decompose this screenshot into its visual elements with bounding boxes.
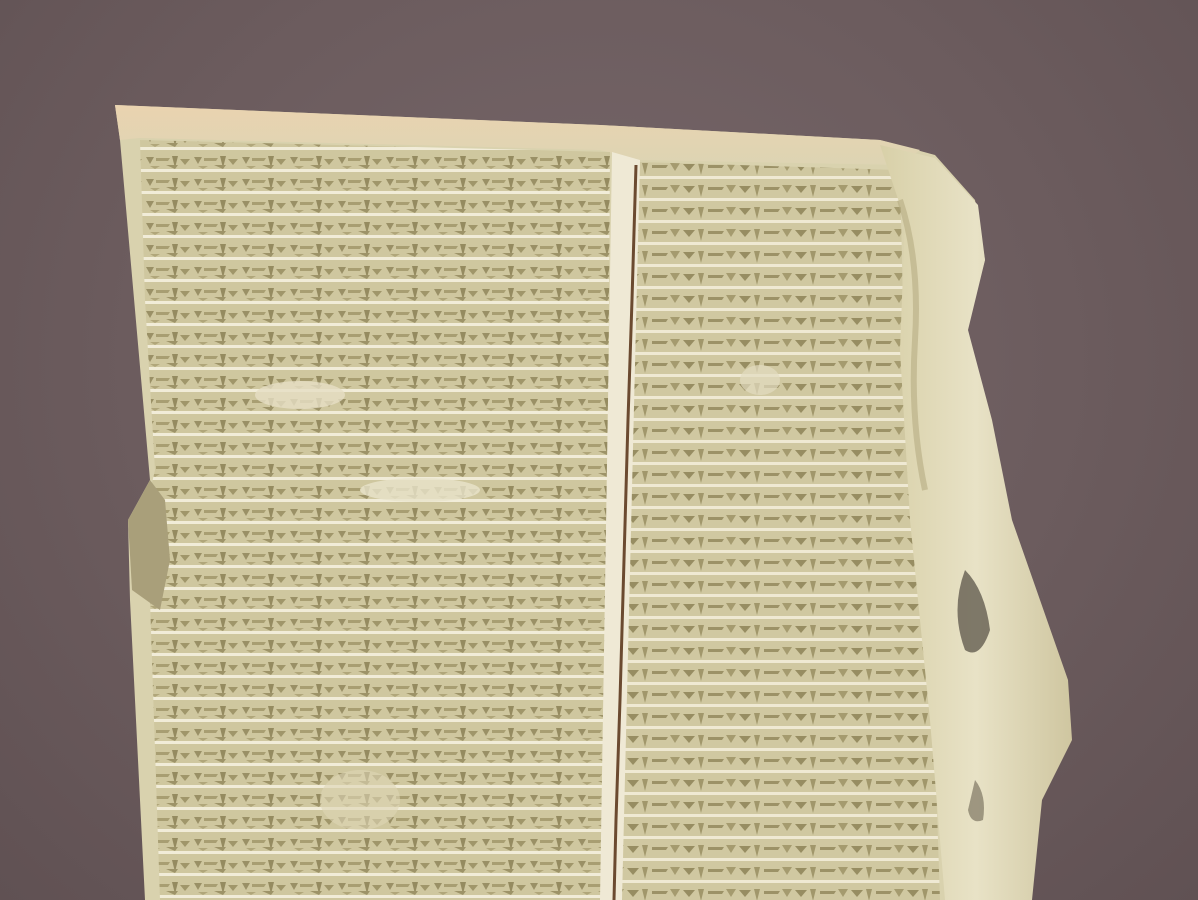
photo-scene — [0, 0, 1198, 900]
tablet-left-chip — [128, 480, 170, 610]
cuneiform-tablet — [0, 0, 1198, 900]
right-column-inscription — [620, 162, 940, 900]
